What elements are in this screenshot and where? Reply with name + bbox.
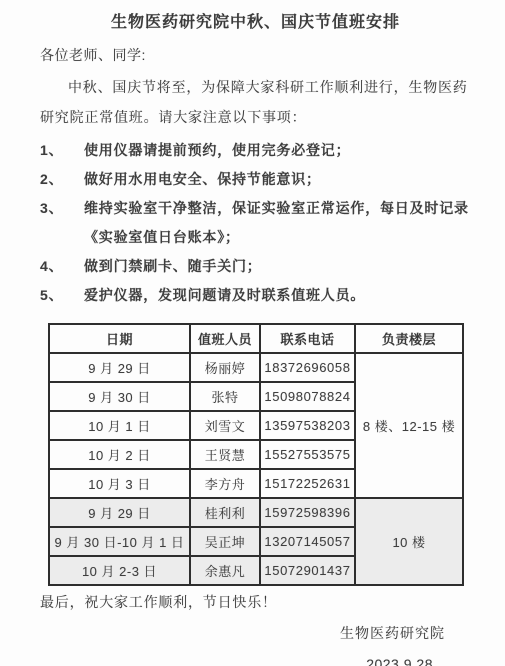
phone-cell: 15972598396 bbox=[260, 498, 355, 527]
phone-cell: 15527553575 bbox=[260, 440, 355, 469]
date-cell: 9 月 30 日 bbox=[49, 382, 190, 411]
notice-number: 5、 bbox=[40, 281, 84, 310]
phone-cell: 18372696058 bbox=[260, 353, 355, 382]
date-cell: 9 月 29 日 bbox=[49, 353, 190, 382]
person-cell: 李方舟 bbox=[190, 469, 260, 498]
closing-line: 最后，祝大家工作顺利，节日快乐！ bbox=[40, 593, 471, 611]
notice-item: 4、 做到门禁刷卡、随手关门； bbox=[40, 252, 471, 281]
duty-table-header-row: 日期 值班人员 联系电话 负责楼层 bbox=[49, 324, 463, 353]
notice-number: 4、 bbox=[40, 252, 84, 281]
document-title: 生物医药研究院中秋、国庆节值班安排 bbox=[40, 12, 471, 34]
floor-cell-group2: 10 楼 bbox=[355, 498, 463, 585]
notice-item: 3、 维持实验室干净整洁，保证实验室正常运作，每日及时记录《实验室值日台账本》； bbox=[40, 194, 471, 252]
person-cell: 王贤慧 bbox=[190, 440, 260, 469]
date-cell: 9 月 29 日 bbox=[49, 498, 190, 527]
phone-cell: 15098078824 bbox=[260, 382, 355, 411]
notice-text: 爱护仪器，发现问题请及时联系值班人员。 bbox=[84, 281, 471, 310]
duty-table: 日期 值班人员 联系电话 负责楼层 9 月 29 日 杨丽婷 183726960… bbox=[48, 323, 464, 586]
notice-number: 2、 bbox=[40, 165, 84, 194]
notice-item: 5、 爱护仪器，发现问题请及时联系值班人员。 bbox=[40, 281, 471, 310]
person-cell: 余惠凡 bbox=[190, 556, 260, 585]
notice-number: 3、 bbox=[40, 194, 84, 252]
signature: 生物医药研究院 bbox=[40, 623, 471, 643]
notice-text: 使用仪器请提前预约，使用完务必登记； bbox=[84, 136, 471, 165]
notice-text: 做好用水用电安全、保持节能意识； bbox=[84, 165, 471, 194]
phone-cell: 13207145057 bbox=[260, 527, 355, 556]
person-cell: 吴正坤 bbox=[190, 527, 260, 556]
col-header-phone: 联系电话 bbox=[260, 324, 355, 353]
col-header-floor: 负责楼层 bbox=[355, 324, 463, 353]
duty-row: 9 月 29 日 桂利利 15972598396 10 楼 bbox=[49, 498, 463, 527]
notice-number: 1、 bbox=[40, 136, 84, 165]
duty-row: 9 月 29 日 杨丽婷 18372696058 8 楼、12-15 楼 bbox=[49, 353, 463, 382]
phone-cell: 15172252631 bbox=[260, 469, 355, 498]
salutation: 各位老师、同学: bbox=[40, 46, 471, 64]
phone-cell: 15072901437 bbox=[260, 556, 355, 585]
col-header-date: 日期 bbox=[49, 324, 190, 353]
notice-text: 维持实验室干净整洁，保证实验室正常运作，每日及时记录《实验室值日台账本》； bbox=[84, 194, 471, 252]
person-cell: 张特 bbox=[190, 382, 260, 411]
signature-date: 2023.9.28 bbox=[40, 656, 471, 666]
notice-item: 2、 做好用水用电安全、保持节能意识； bbox=[40, 165, 471, 194]
person-cell: 杨丽婷 bbox=[190, 353, 260, 382]
col-header-person: 值班人员 bbox=[190, 324, 260, 353]
date-cell: 10 月 2-3 日 bbox=[49, 556, 190, 585]
notice-text: 做到门禁刷卡、随手关门； bbox=[84, 252, 471, 281]
date-cell: 10 月 1 日 bbox=[49, 411, 190, 440]
notice-list: 1、 使用仪器请提前预约，使用完务必登记； 2、 做好用水用电安全、保持节能意识… bbox=[40, 136, 471, 310]
date-cell: 10 月 3 日 bbox=[49, 469, 190, 498]
date-cell: 9 月 30 日-10 月 1 日 bbox=[49, 527, 190, 556]
notice-item: 1、 使用仪器请提前预约，使用完务必登记； bbox=[40, 136, 471, 165]
document-page: 生物医药研究院中秋、国庆节值班安排 各位老师、同学: 中秋、国庆节将至，为保障大… bbox=[0, 0, 505, 666]
person-cell: 刘雪文 bbox=[190, 411, 260, 440]
phone-cell: 13597538203 bbox=[260, 411, 355, 440]
date-cell: 10 月 2 日 bbox=[49, 440, 190, 469]
intro-paragraph: 中秋、国庆节将至，为保障大家科研工作顺利进行，生物医药研究院正常值班。请大家注意… bbox=[40, 72, 471, 132]
floor-cell-group1: 8 楼、12-15 楼 bbox=[355, 353, 463, 498]
person-cell: 桂利利 bbox=[190, 498, 260, 527]
